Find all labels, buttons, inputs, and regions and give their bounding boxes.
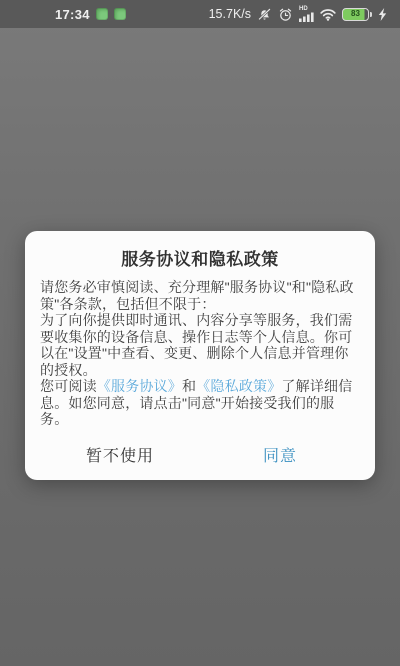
paragraph-intro: 请您务必审慎阅读、充分理解"服务协议"和"隐私政策"各条款，包括但不限于： <box>40 279 360 312</box>
alarm-icon <box>278 7 293 22</box>
notification-badge-icon <box>96 8 108 20</box>
dialog-title: 服务协议和隐私政策 <box>40 244 360 279</box>
agree-button[interactable]: 同意 <box>200 443 360 466</box>
status-bar: 17:34 15.7K/s <box>0 0 400 28</box>
dialog-body: 请您务必审慎阅读、充分理解"服务协议"和"隐私政策"各条款，包括但不限于： 为了… <box>40 279 360 428</box>
status-bar-left: 17:34 <box>55 7 126 22</box>
battery-percent: 83 <box>351 10 360 18</box>
service-agreement-link[interactable]: 《服务协议》 <box>97 378 182 394</box>
network-speed: 15.7K/s <box>209 7 251 21</box>
dialog-actions: 暂不使用 同意 <box>40 432 360 478</box>
privacy-policy-link[interactable]: 《隐私政策》 <box>196 378 281 394</box>
links-text-pre: 您可阅读 <box>40 378 97 394</box>
status-bar-right: 15.7K/s HD <box>209 6 387 23</box>
wifi-icon <box>320 8 336 21</box>
paragraph-collection: 为了向你提供即时通讯、内容分享等服务，我们需要收集你的设备信息、操作日志等个人信… <box>40 312 360 378</box>
cellular-signal-icon: HD <box>299 6 314 23</box>
privacy-policy-dialog: 服务协议和隐私政策 请您务必审慎阅读、充分理解"服务协议"和"隐私政策"各条款，… <box>25 231 375 480</box>
paragraph-links: 您可阅读《服务协议》和《隐私政策》了解详细信息。如您同意，请点击"同意"开始接受… <box>40 378 360 428</box>
links-text-mid: 和 <box>182 378 196 394</box>
mute-icon <box>257 7 272 22</box>
clock: 17:34 <box>55 7 90 22</box>
notification-badge-icon <box>114 8 126 20</box>
dismiss-button[interactable]: 暂不使用 <box>40 443 200 466</box>
phone-screen: 17:34 15.7K/s <box>0 0 400 666</box>
battery-icon: 83 <box>342 8 372 21</box>
charging-icon <box>378 8 387 21</box>
